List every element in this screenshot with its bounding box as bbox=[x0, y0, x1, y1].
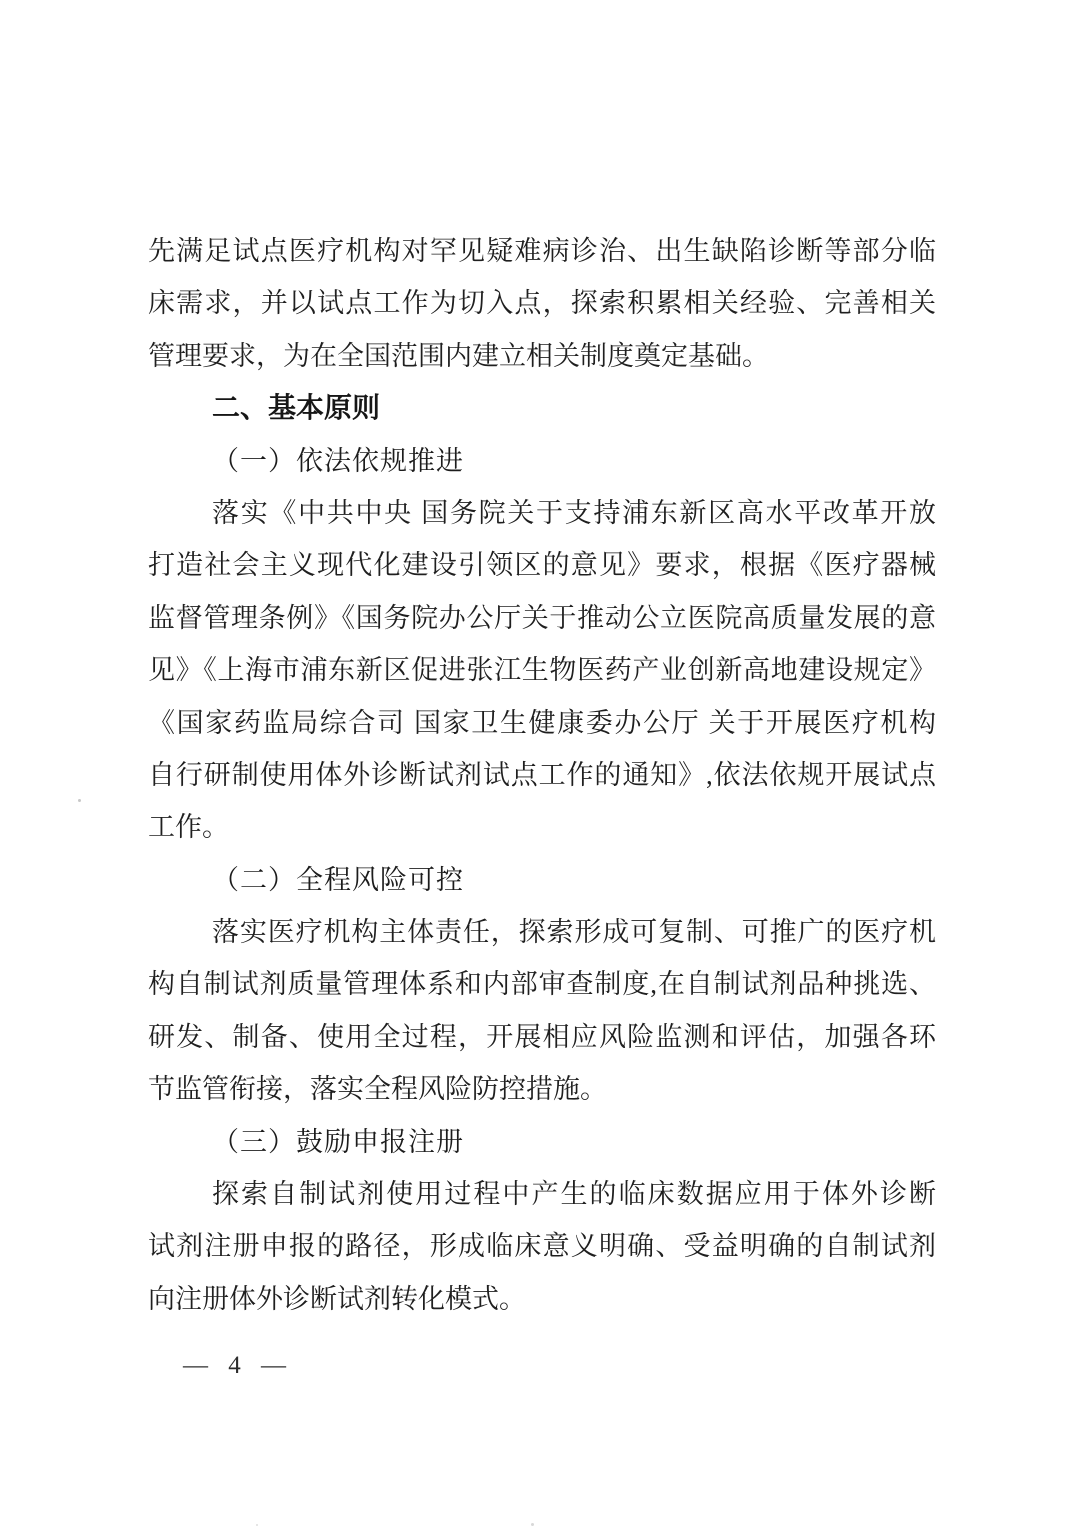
paragraph-first-line: 落实医疗机构主体责任，探索形成可复制、可推广的医疗机 bbox=[148, 906, 936, 958]
text-line: 见》《上海市浦东新区促进张江生物医药产业创新高地建设规定》 bbox=[148, 644, 936, 696]
text-line: 《国家药监局综合司 国家卫生健康委办公厅 关于开展医疗机构 bbox=[148, 697, 936, 749]
text-line: 工作。 bbox=[148, 801, 936, 853]
text-line: 打造社会主义现代化建设引领区的意见》要求，根据《医疗器械 bbox=[148, 539, 936, 591]
text-line: 管理要求，为在全国范围内建立相关制度奠定基础。 bbox=[148, 330, 936, 382]
text-line: 床需求，并以试点工作为切入点，探索积累相关经验、完善相关 bbox=[148, 277, 936, 329]
paragraph-first-line: 落实《中共中央 国务院关于支持浦东新区高水平改革开放 bbox=[148, 487, 936, 539]
subsection-heading: （一）依法依规推进 bbox=[148, 435, 936, 487]
scan-artifact-dot bbox=[256, 1524, 258, 1526]
text-line: 研发、制备、使用全过程，开展相应风险监测和评估，加强各环 bbox=[148, 1011, 936, 1063]
text-line: 节监管衔接，落实全程风险防控措施。 bbox=[148, 1063, 936, 1115]
scan-artifact-dot bbox=[78, 799, 81, 802]
text-block: 先满足试点医疗机构对罕见疑难病诊治、出生缺陷诊断等部分临床需求，并以试点工作为切… bbox=[148, 225, 936, 1325]
page-number: — 4 — bbox=[183, 1346, 293, 1386]
paragraph-first-line: 探索自制试剂使用过程中产生的临床数据应用于体外诊断 bbox=[148, 1168, 936, 1220]
text-line: 监督管理条例》《国务院办公厅关于推动公立医院高质量发展的意 bbox=[148, 592, 936, 644]
text-line: 向注册体外诊断试剂转化模式。 bbox=[148, 1273, 936, 1325]
text-line: 自行研制使用体外诊断试剂试点工作的通知》,依法依规开展试点 bbox=[148, 749, 936, 801]
text-line: 试剂注册申报的路径，形成临床意义明确、受益明确的自制试剂 bbox=[148, 1220, 936, 1272]
text-line: 先满足试点医疗机构对罕见疑难病诊治、出生缺陷诊断等部分临 bbox=[148, 225, 936, 277]
subsection-heading: （三）鼓励申报注册 bbox=[148, 1116, 936, 1168]
scan-artifact-dot bbox=[531, 1523, 534, 1526]
text-line: 构自制试剂质量管理体系和内部审查制度,在自制试剂品种挑选、 bbox=[148, 958, 936, 1010]
section-heading: 二、基本原则 bbox=[148, 382, 936, 434]
document-page: 先满足试点医疗机构对罕见疑难病诊治、出生缺陷诊断等部分临床需求，并以试点工作为切… bbox=[0, 0, 1080, 1536]
subsection-heading: （二）全程风险可控 bbox=[148, 854, 936, 906]
